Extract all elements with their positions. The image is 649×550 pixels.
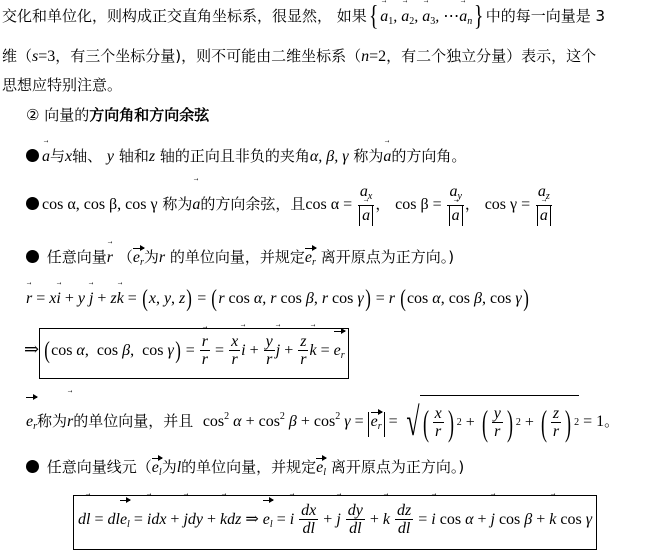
sep: ，	[465, 195, 480, 213]
vector-er: er	[133, 248, 144, 273]
fraction-az: aza	[536, 183, 552, 226]
text: 离开原点为正方向。)	[321, 248, 454, 266]
bullet-icon	[26, 197, 39, 210]
text: 离开原点为正方向。)	[331, 458, 464, 476]
val-s: =3	[38, 48, 55, 65]
para1-line2: 维（s=3，有三个坐标分量)，则不可能由二维坐标系（n=2，有二个独立分量）表示…	[2, 46, 596, 67]
bullet-icon	[26, 250, 39, 263]
section-heading: ② 向量的方向角和方向余弦	[26, 105, 209, 125]
var-y: y	[107, 148, 114, 165]
item-line-element: 任意向量线元（el为l的单位向量，并规定el 离开原点为正方向。)	[26, 457, 464, 483]
vector-r: r	[26, 289, 32, 309]
vector-a: a	[42, 147, 50, 167]
text: 轴和	[119, 147, 149, 165]
sub: r	[312, 257, 316, 268]
fraction-ay: aya	[447, 183, 463, 226]
section-number: ②	[26, 106, 39, 124]
vector-a: a	[383, 147, 391, 167]
bullet-icon	[26, 460, 39, 473]
fraction-ax: axa	[358, 183, 374, 226]
angles: α, β, γ	[310, 148, 349, 165]
var-z: z	[149, 148, 155, 165]
sub: r	[140, 257, 144, 268]
text: 为	[162, 458, 177, 476]
text: 称为	[37, 412, 67, 430]
para1-line1-text: 交化和单位化，则构成正交直角坐标系，很显然， 如果	[2, 7, 367, 25]
text: 的方向角。	[391, 147, 466, 165]
subscript: n	[467, 16, 472, 27]
vector-a: a	[192, 185, 200, 225]
e: e	[305, 249, 312, 266]
para1-line3: 思想应特别注意。	[2, 75, 122, 95]
vector-an: a	[459, 7, 467, 27]
para1-line1-tail: 中的每一向量是 3	[486, 7, 605, 25]
equation-direction-cosines-boxed: ⇒(cos α, cos β, cos γ) = rr = xri + yrj …	[24, 328, 349, 379]
var-n: n	[361, 48, 369, 65]
boxed-formula: (cos α, cos β, cos γ) = rr = xri + yrj +…	[39, 328, 349, 379]
subscript: 1	[388, 16, 393, 27]
text: 思想应特别注意。	[2, 76, 122, 94]
cos-beta: cos β =	[395, 196, 442, 213]
text: 称为	[162, 195, 192, 213]
val-n: =2	[369, 48, 386, 65]
equation-r-components: r = xi + y j + zk = (x, y, z) = (r cos α…	[26, 289, 530, 309]
cos-alpha: cos α =	[305, 196, 352, 213]
text: 的单位向量，并且	[73, 412, 193, 430]
text: ，有三个坐标分量)，则不可能由二维坐标系（	[55, 47, 361, 65]
sep: ，	[375, 195, 390, 213]
bullet-icon	[26, 149, 39, 162]
item-arbitrary-vector: 任意向量r （er为r 的单位向量，并规定er 离开原点为正方向。)	[26, 247, 454, 273]
text: 的单位向量，并规定	[181, 458, 316, 476]
subscript: 3	[430, 16, 435, 27]
text: 的单位向量，并规定	[170, 248, 305, 266]
square-root: √(xr)2 + (yr)2 + (zr)2	[402, 395, 579, 448]
vector-a3: a	[422, 7, 430, 27]
vector-a2: a	[401, 7, 409, 27]
item-direction-angles: a与x轴、 y 轴和z 轴的正向且非负的夹角α, β, γ 称为a的方向角。	[26, 146, 466, 167]
para1-line1: 交化和单位化，则构成正交直角坐标系，很显然， 如果{a1, a2, a3, ⋯a…	[2, 6, 605, 32]
text: 与	[50, 147, 65, 165]
vector-er: er	[26, 397, 37, 452]
text: ，有二个独立分量）表示，这个	[386, 47, 596, 65]
text: 维（	[2, 47, 32, 65]
text: 轴的正向且非负的夹角	[160, 147, 310, 165]
text: 轴、	[72, 147, 102, 165]
cosines: cos α, cos β, cos γ	[42, 196, 158, 213]
subscript: 2	[409, 16, 414, 27]
vector-a: a	[540, 206, 548, 226]
text: 的方向余弦，且	[200, 195, 305, 213]
section-title-normal: 向量的	[44, 106, 89, 124]
left-brace: {	[369, 7, 378, 27]
vector-r: r	[107, 248, 113, 268]
e: e	[133, 249, 140, 266]
unit-vector-identity: er称为r的单位向量，并且 cos2 α + cos2 β + cos2 γ =…	[26, 392, 619, 452]
vector-a: a	[362, 206, 370, 226]
cos-gamma: cos γ =	[485, 196, 530, 213]
boxed-formula: dl = dlel = idx + jdy + kdz ⇒ el = i dxd…	[73, 495, 597, 550]
implies-arrow: ⇒	[24, 339, 39, 359]
item-direction-cosines: cos α, cos β, cos γ 称为a的方向余弦，且cos α = ax…	[26, 183, 553, 226]
equation-line-element-boxed: dl = dlel = idx + jdy + kdz ⇒ el = i dxd…	[73, 495, 597, 550]
var-r: r	[159, 249, 165, 266]
section-title-bold: 方向角和方向余弦	[89, 106, 209, 124]
vector-er: er	[305, 248, 316, 273]
text: 为	[144, 248, 159, 266]
vector-a1: a	[380, 7, 388, 27]
text: 。	[604, 412, 619, 430]
right-brace: }	[474, 7, 483, 27]
vector-r: r	[67, 397, 73, 447]
text: 任意向量	[47, 248, 107, 266]
ellipsis: ⋯	[443, 8, 459, 25]
text: （	[118, 248, 133, 266]
vector-el: el	[316, 458, 326, 483]
text: 称为	[353, 147, 383, 165]
vector-a: a	[452, 206, 460, 226]
text: 任意向量线元（	[47, 458, 152, 476]
vector-el: el	[152, 458, 162, 483]
